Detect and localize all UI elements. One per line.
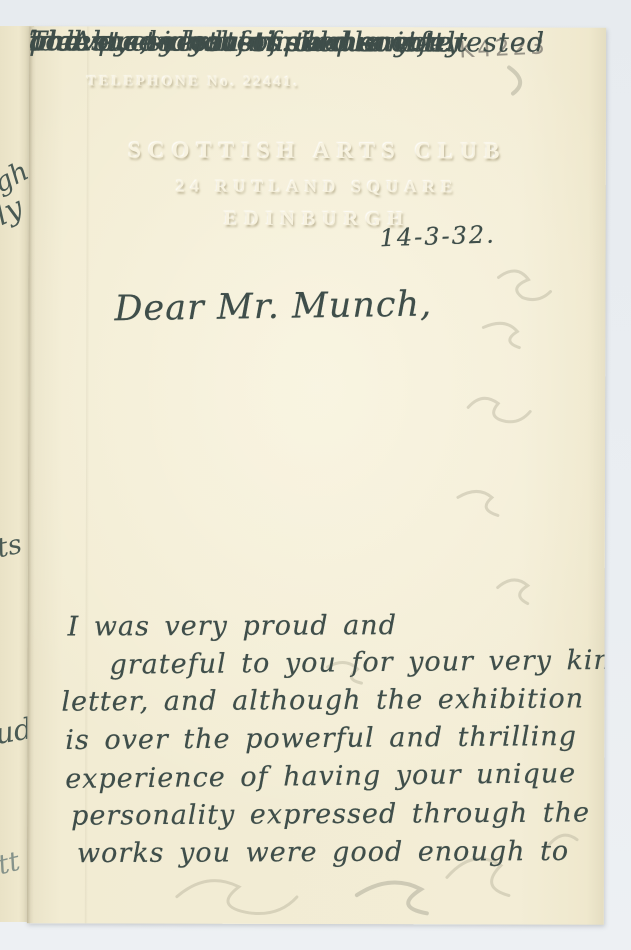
letter-line: letter, and although the exhibition bbox=[61, 683, 584, 717]
letter-paper: K4223 TELEPHONE No. 22441. SCOTTISH ARTS… bbox=[27, 26, 606, 925]
letter-line: is over the powerful and thrilling bbox=[65, 721, 577, 756]
letterhead-club-name: SCOTTISH ARTS CLUB bbox=[128, 138, 506, 165]
letter-line: pleasure and stimulous you bbox=[29, 26, 446, 58]
letter-line: works you were good enough to bbox=[77, 836, 569, 869]
letter-line: I was very proud and bbox=[68, 610, 397, 642]
letter-line: experience of having your unique bbox=[65, 758, 576, 795]
edge-fragment: ts bbox=[0, 529, 25, 564]
letter-date: 14-3-32. bbox=[379, 220, 496, 252]
letterhead-telephone: TELEPHONE No. 22441. bbox=[87, 74, 300, 91]
fold-crease bbox=[27, 26, 36, 923]
edge-fragment: tt bbox=[0, 846, 23, 881]
letterhead-address: 24 RUTLAND SQUARE bbox=[176, 177, 458, 198]
edge-fragment: ly bbox=[0, 190, 29, 233]
letter-line: personality expressed through the bbox=[71, 797, 590, 831]
letter-salutation: Dear Mr. Munch, bbox=[114, 285, 432, 330]
letter-line: grateful to you for your very kind bbox=[109, 645, 606, 681]
